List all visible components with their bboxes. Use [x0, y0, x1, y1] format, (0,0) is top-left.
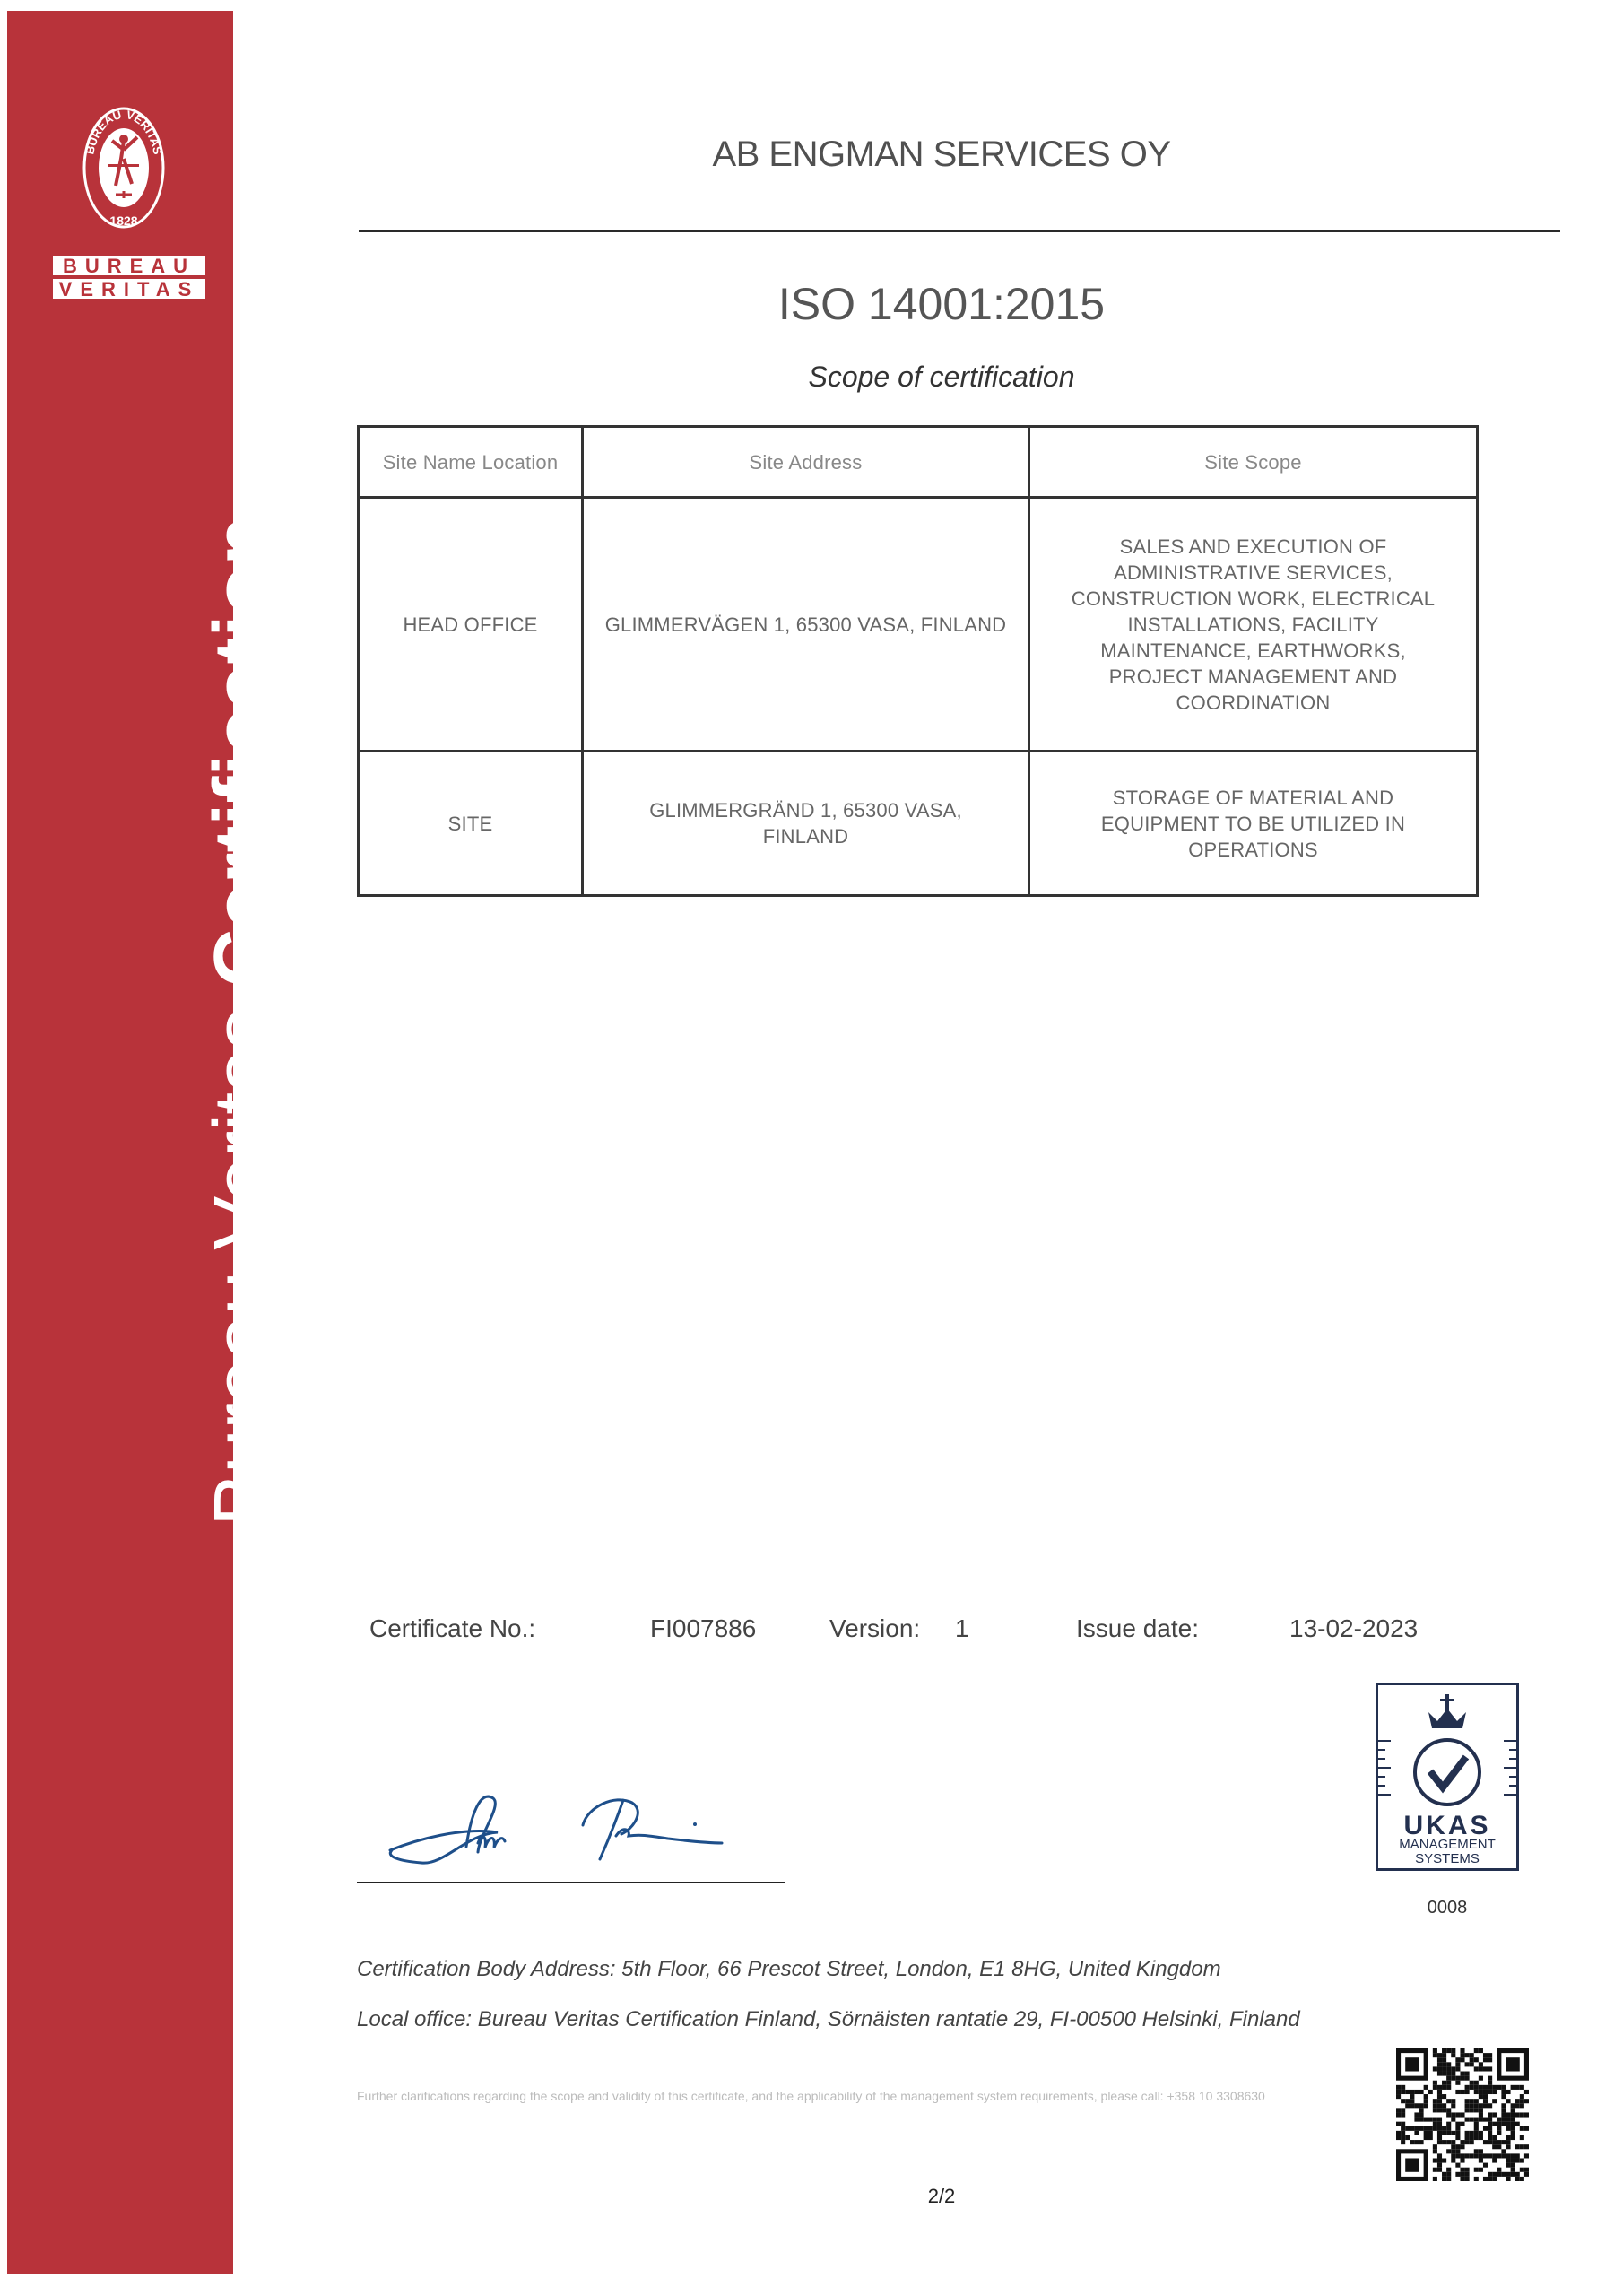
- table-row: SITE GLIMMERGRÄND 1, 65300 VASA, FINLAND…: [359, 752, 1478, 896]
- table-header-row: Site Name Location Site Address Site Sco…: [359, 427, 1478, 498]
- certification-body-address: Certification Body Address: 5th Floor, 6…: [357, 1957, 1221, 1982]
- issue-date: 13-02-2023: [1289, 1614, 1418, 1643]
- ukas-accreditation-number: 0008: [1376, 1898, 1519, 1918]
- column-header-site-address: Site Address: [583, 427, 1029, 498]
- site-address-cell: GLIMMERVÄGEN 1, 65300 VASA, FINLAND: [583, 498, 1029, 752]
- table-row: HEAD OFFICE GLIMMERVÄGEN 1, 65300 VASA, …: [359, 498, 1478, 752]
- site-address-cell: GLIMMERGRÄND 1, 65300 VASA, FINLAND: [583, 752, 1029, 896]
- ukas-accreditation-mark: UKAS MANAGEMENT SYSTEMS: [1376, 1683, 1519, 1871]
- page-number: 2/2: [897, 2185, 986, 2208]
- site-scope-cell: SALES AND EXECUTION OF ADMINISTRATIVE SE…: [1029, 498, 1478, 752]
- vertical-title: Bureau Veritas Certification: [203, 517, 283, 1526]
- issue-date-label: Issue date:: [1076, 1614, 1199, 1643]
- clarification-note: Further clarifications regarding the sco…: [357, 2086, 1388, 2106]
- version-value: 1: [955, 1614, 969, 1643]
- site-scope-cell: STORAGE OF MATERIAL AND EQUIPMENT TO BE …: [1029, 752, 1478, 896]
- vertical-title-certification: Certification: [198, 517, 288, 987]
- logo-word-veritas: VERITAS: [53, 279, 205, 299]
- certificate-number: FI007886: [650, 1614, 756, 1643]
- standard-title: ISO 14001:2015: [359, 278, 1524, 330]
- brand-sidebar: BUREAU VERITAS 1828 BUREAU VERITAS Burea…: [7, 11, 233, 2274]
- ukas-subtitle-line1: MANAGEMENT: [1378, 1838, 1516, 1852]
- ukas-subtitle: MANAGEMENT SYSTEMS: [1378, 1838, 1516, 1866]
- scope-heading: Scope of certification: [359, 361, 1524, 394]
- vertical-title-brand: Bureau Veritas: [198, 1010, 288, 1526]
- ukas-subtitle-line2: SYSTEMS: [1378, 1852, 1516, 1866]
- qr-code-icon[interactable]: [1395, 2048, 1530, 2181]
- column-header-site-name: Site Name Location: [359, 427, 583, 498]
- header-divider: [359, 230, 1560, 232]
- logo-word-bureau: BUREAU: [53, 256, 205, 275]
- site-name-cell: HEAD OFFICE: [359, 498, 583, 752]
- version-label: Version:: [829, 1614, 920, 1643]
- scope-table: Site Name Location Site Address Site Sco…: [357, 425, 1479, 897]
- company-name: AB ENGMAN SERVICES OY: [359, 135, 1524, 175]
- local-office-address: Local office: Bureau Veritas Certificati…: [357, 2007, 1300, 2032]
- site-name-cell: SITE: [359, 752, 583, 896]
- seal-emblem-icon: BUREAU VERITAS 1828: [82, 105, 166, 239]
- column-header-site-scope: Site Scope: [1029, 427, 1478, 498]
- svg-text:1828: 1828: [109, 213, 137, 228]
- ukas-crown-check-icon: [1378, 1685, 1516, 1811]
- certificate-number-label: Certificate No.:: [369, 1614, 535, 1643]
- ukas-name: UKAS: [1378, 1813, 1516, 1839]
- signature-icon: [381, 1780, 731, 1870]
- signature-line: [357, 1882, 785, 1883]
